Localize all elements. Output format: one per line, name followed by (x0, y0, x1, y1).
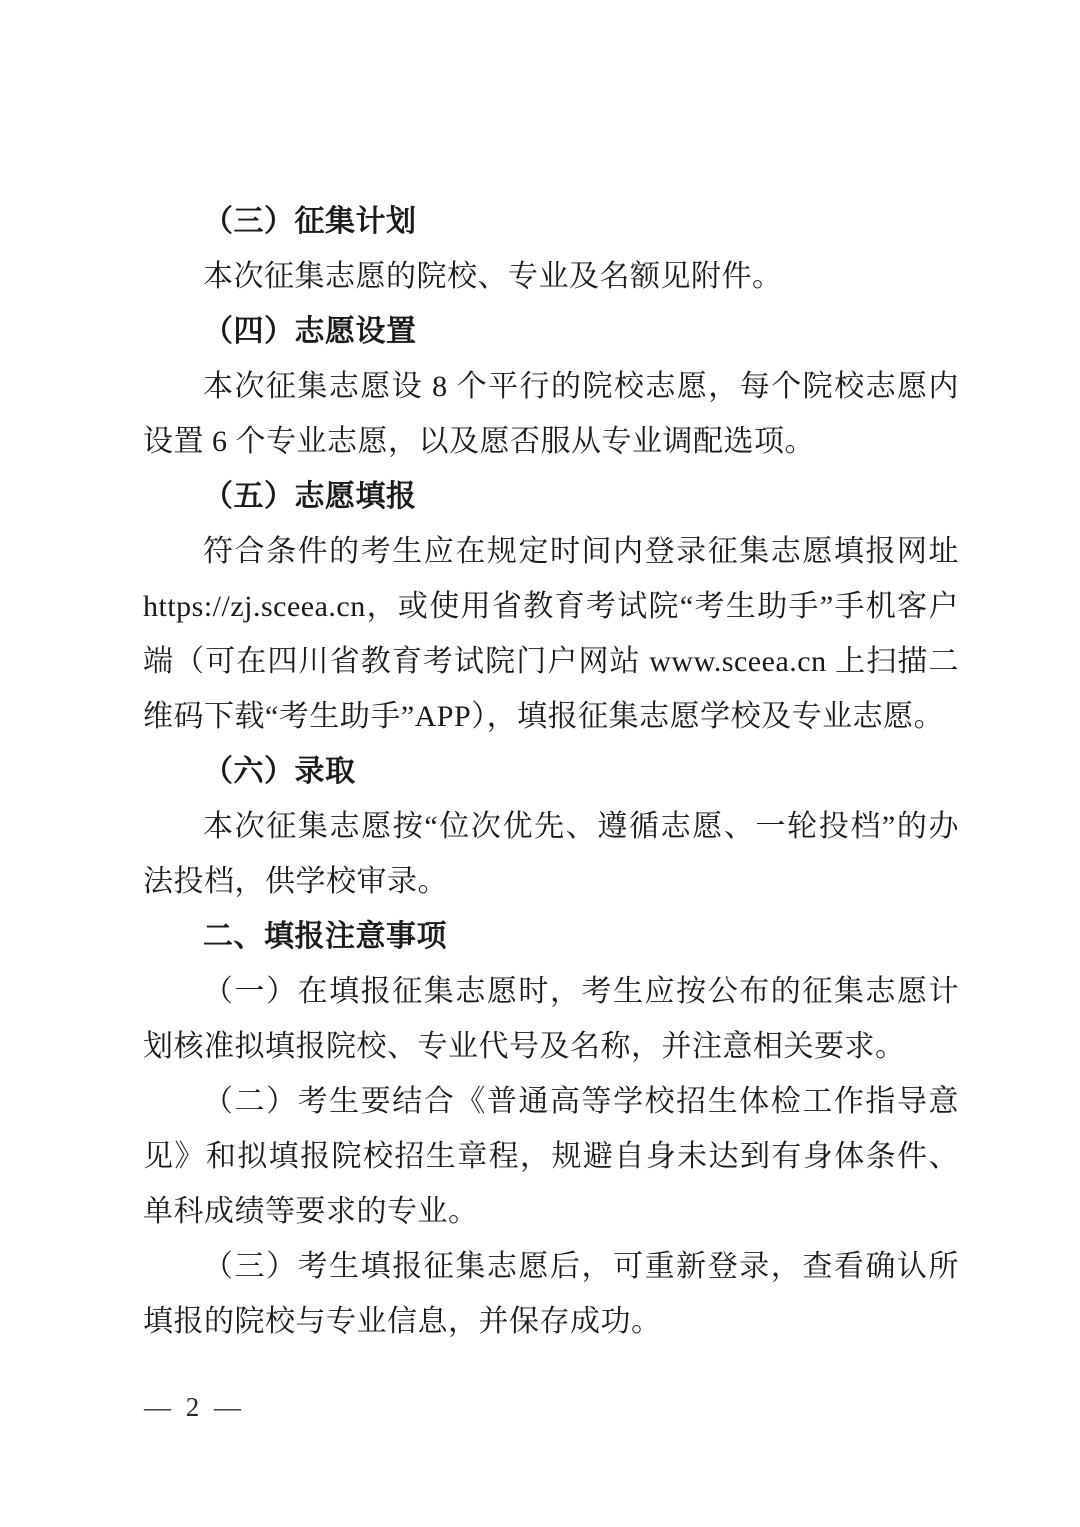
subsection-heading-6: （六）录取 (143, 744, 959, 799)
paragraph-note-1: （一）在填报征集志愿时，考生应按公布的征集志愿计划核准拟填报院校、专业代号及名称… (143, 964, 959, 1074)
paragraph-settings: 本次征集志愿设 8 个平行的院校志愿，每个院校志愿内设置 6 个专业志愿，以及愿… (143, 359, 959, 469)
paragraph-admission: 本次征集志愿按“位次优先、遵循志愿、一轮投档”的办法投档，供学校审录。 (143, 799, 959, 909)
document-body: （三）征集计划 本次征集志愿的院校、专业及名额见附件。 （四）志愿设置 本次征集… (143, 194, 959, 1349)
subsection-heading-3: （三）征集计划 (143, 194, 959, 249)
subsection-heading-4: （四）志愿设置 (143, 304, 959, 359)
paragraph-note-2: （二）考生要结合《普通高等学校招生体检工作指导意见》和拟填报院校招生章程，规避自… (143, 1074, 959, 1239)
paragraph-plan: 本次征集志愿的院校、专业及名额见附件。 (143, 249, 959, 304)
section-heading-2: 二、填报注意事项 (143, 909, 959, 964)
document-page: （三）征集计划 本次征集志愿的院校、专业及名额见附件。 （四）志愿设置 本次征集… (0, 0, 1080, 1527)
page-number: — 2 — (144, 1387, 245, 1427)
paragraph-filing: 符合条件的考生应在规定时间内登录征集志愿填报网址 https://zj.scee… (143, 524, 959, 744)
paragraph-note-3: （三）考生填报征集志愿后，可重新登录，查看确认所填报的院校与专业信息，并保存成功… (143, 1239, 959, 1349)
subsection-heading-5: （五）志愿填报 (143, 469, 959, 524)
